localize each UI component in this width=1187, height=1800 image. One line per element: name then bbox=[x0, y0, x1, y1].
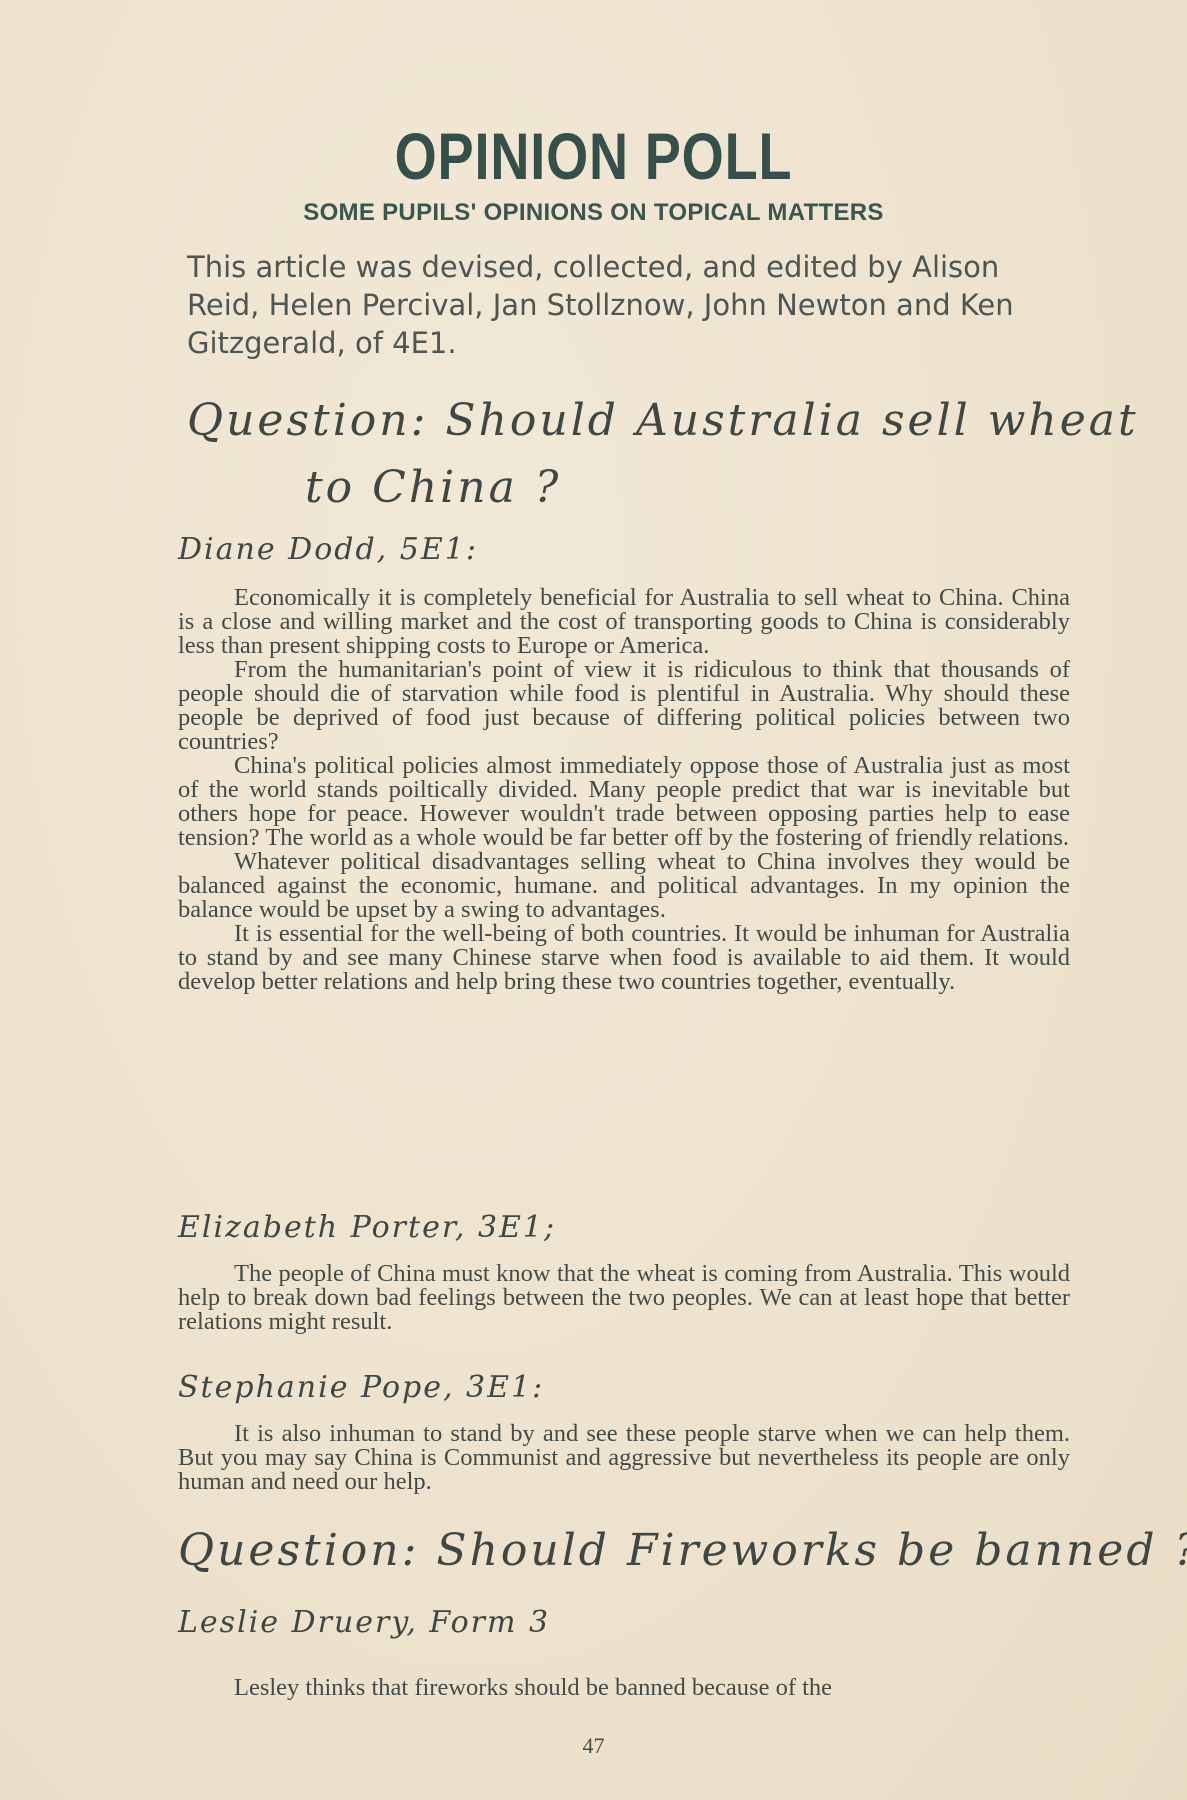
question-2-heading: Question: Should Fireworks be banned ? bbox=[178, 1525, 1187, 1576]
article-intro: This article was devised, collected, and… bbox=[187, 248, 1067, 362]
respondent-name: Leslie Druery, Form 3 bbox=[178, 1605, 550, 1640]
paragraph: Lesley thinks that fireworks should be b… bbox=[178, 1676, 1070, 1700]
paragraph: Whatever political disadvantages selling… bbox=[178, 850, 1070, 922]
article-title: OPINION POLL bbox=[107, 118, 1080, 194]
response-body: The people of China must know that the w… bbox=[178, 1262, 1070, 1334]
paragraph: It is also inhuman to stand by and see t… bbox=[178, 1422, 1070, 1494]
response-body: It is also inhuman to stand by and see t… bbox=[178, 1422, 1070, 1494]
respondent-name: Diane Dodd, 5E1: bbox=[178, 532, 478, 567]
paragraph: The people of China must know that the w… bbox=[178, 1262, 1070, 1334]
page-number: 47 bbox=[0, 1733, 1187, 1759]
paragraph: China's political policies almost immedi… bbox=[178, 754, 1070, 850]
response-body: Economically it is completely beneficial… bbox=[178, 586, 1070, 994]
response-body: Lesley thinks that fireworks should be b… bbox=[178, 1676, 1070, 1700]
question-1-heading: Question: Should Australia sell wheat bbox=[187, 395, 1139, 446]
paragraph: Economically it is completely beneficial… bbox=[178, 586, 1070, 658]
document-page: OPINION POLL SOME PUPILS' OPINIONS ON TO… bbox=[0, 0, 1187, 1800]
paragraph: It is essential for the well-being of bo… bbox=[178, 922, 1070, 994]
article-subtitle: SOME PUPILS' OPINIONS ON TOPICAL MATTERS bbox=[0, 199, 1187, 227]
respondent-name: Elizabeth Porter, 3E1; bbox=[178, 1210, 556, 1245]
question-1-heading-continued: to China ? bbox=[305, 462, 561, 513]
respondent-name: Stephanie Pope, 3E1: bbox=[178, 1370, 544, 1405]
paragraph: From the humanitarian's point of view it… bbox=[178, 658, 1070, 754]
